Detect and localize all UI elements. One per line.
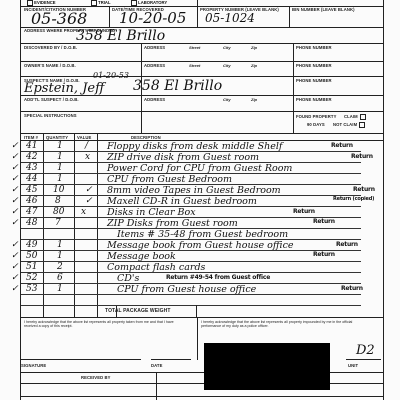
city-label: City	[223, 63, 231, 68]
item-quantity: 2	[57, 262, 63, 272]
divider	[197, 0, 198, 27]
item-number: 50	[26, 251, 37, 261]
bin-number-label: BIN NUMBER (Leave Blank)	[292, 7, 355, 12]
item-number: 51	[26, 262, 37, 272]
item-quantity: 6	[57, 273, 63, 283]
divider	[109, 6, 110, 27]
claim-checkbox[interactable]: CLAIM	[344, 114, 366, 120]
unit-line[interactable]	[346, 359, 381, 360]
item-number: 48	[26, 218, 37, 228]
item-number: 43	[26, 163, 37, 173]
address-impounded: 358 El Brillo	[76, 28, 165, 44]
divider	[293, 43, 294, 133]
item-description: Floppy disks from desk middle Shelf	[107, 141, 282, 152]
divider	[197, 317, 198, 360]
item-quantity: 1	[57, 240, 63, 250]
divider	[289, 6, 290, 27]
property-receipt-page: EVIDENCE TRIAL LABORATORY INCIDENT/CITAT…	[0, 0, 400, 400]
suspect-dob: 01-20-53	[93, 71, 129, 80]
item-note: Return	[313, 218, 335, 225]
divider	[74, 133, 75, 317]
suspect-address: 358 El Brillo	[133, 78, 222, 94]
address-label: ADDRESS	[144, 97, 165, 102]
item-note: Return	[336, 241, 358, 248]
item-description: Maxell CD-R in Guest bedroom	[107, 196, 257, 207]
item-description: Compact flash cards	[107, 262, 205, 273]
divider	[21, 133, 383, 134]
redaction-block	[204, 343, 330, 390]
item-value: /	[85, 141, 88, 151]
item-description: 8mm video Tapes in Guest Bedroom	[107, 185, 281, 196]
item-description: Disks in Clear Box	[107, 207, 196, 218]
addtl-suspect-label: ADD'TL SUSPECT / D.O.B.	[24, 97, 79, 102]
divider	[21, 396, 383, 397]
street-label: Street	[189, 45, 200, 50]
item-quantity: 1	[57, 152, 63, 162]
item-quantity: 1	[57, 284, 63, 294]
city-label: City	[223, 45, 231, 50]
item-quantity: 1	[57, 163, 63, 173]
item-number: 41	[26, 141, 37, 151]
item-number: 46	[26, 196, 37, 206]
item-value: x	[81, 207, 86, 217]
divider	[21, 317, 383, 318]
date-label: DATE	[151, 363, 163, 368]
item-note: Return	[313, 251, 335, 258]
item-number: 42	[26, 152, 37, 162]
address-label: ADDRESS	[144, 63, 165, 68]
street-label: Street	[189, 63, 200, 68]
zip-label: Zip	[251, 63, 257, 68]
phone-label: PHONE NUMBER	[296, 45, 332, 50]
phone-label: PHONE NUMBER	[296, 63, 332, 68]
item-note: Return	[353, 186, 375, 193]
zip-label: Zip	[251, 45, 257, 50]
divider	[21, 61, 383, 62]
phone-label: PHONE NUMBER	[296, 78, 332, 83]
item-quantity: 10	[53, 185, 64, 195]
item-value: ✓	[85, 185, 93, 195]
city-label: City	[223, 97, 231, 102]
item-number: 44	[26, 174, 37, 184]
item-note: Return #49-54 from Guest office	[166, 274, 270, 281]
item-number: 52	[26, 273, 37, 283]
divider	[43, 133, 44, 317]
item-description: Message book from Guest house office	[107, 240, 294, 251]
incident-number: 05-368	[31, 9, 87, 28]
received-by-label: RECEIVED BY	[81, 375, 111, 380]
owner-label: OWNER'S NAME / D.O.B.	[24, 63, 76, 68]
phone-label: PHONE NUMBER	[296, 97, 332, 102]
item-quantity: 80	[53, 207, 64, 217]
item-description: Items # 35-48 from Guest bedroom	[117, 229, 288, 240]
item-description: CPU from Guest Bedroom	[107, 174, 232, 185]
divider	[21, 111, 383, 112]
item-note: Return	[351, 153, 373, 160]
item-description: CPU from Guest house office	[117, 284, 256, 295]
divider	[21, 95, 383, 96]
item-note: Return	[341, 285, 363, 292]
signature-label: SIGNATURE	[21, 363, 46, 368]
item-number: 49	[26, 240, 37, 250]
item-quantity: 1	[57, 141, 63, 151]
item-note: Return	[293, 208, 315, 215]
acknowledgement-owner: I hereby acknowledge that the above list…	[24, 320, 184, 329]
item-description: CD's	[117, 273, 139, 284]
item-quantity: 7	[55, 218, 61, 228]
item-quantity: 1	[57, 174, 63, 184]
item-number: 45	[26, 185, 37, 195]
suspect-name: Epstein, Jeff	[24, 81, 104, 96]
divider	[21, 76, 383, 77]
divider	[21, 43, 383, 44]
item-description: Power Cord for CPU from Guest Room	[107, 163, 292, 174]
date-line[interactable]	[151, 359, 191, 360]
item-quantity: 8	[55, 196, 61, 206]
datetime-recovered: 10-20-05	[119, 9, 186, 27]
item-number: 53	[26, 284, 37, 294]
zip-label: Zip	[251, 97, 257, 102]
divider	[97, 133, 98, 317]
special-instructions-label: SPECIAL INSTRUCTIONS	[24, 113, 77, 118]
unit-label: UNIT	[348, 363, 358, 368]
not-claim-checkbox[interactable]: NOT CLAIM	[333, 122, 365, 128]
item-value: x	[85, 152, 90, 162]
item-note: Return (copied)	[333, 196, 374, 202]
property-form: EVIDENCE TRIAL LABORATORY INCIDENT/CITAT…	[20, 0, 384, 400]
item-value: ✓	[85, 196, 93, 206]
total-package-weight-label: TOTAL PACKAGE WEIGHT	[105, 308, 171, 314]
unit-value: D2	[356, 343, 375, 358]
item-number: 47	[26, 207, 37, 217]
property-number: 05-1024	[205, 11, 255, 25]
acknowledgement-officer: I hereby acknowledge that the above list…	[201, 320, 366, 329]
divider	[196, 305, 197, 317]
address-label: ADDRESS	[144, 45, 165, 50]
item-note: Return	[331, 142, 353, 149]
ninety-days-label: 90 DAYS	[307, 122, 325, 127]
item-description: Message book	[107, 251, 176, 262]
found-property-label: FOUND PROPERTY	[296, 114, 337, 119]
item-quantity: 1	[57, 251, 63, 261]
item-description: ZIP drive disk from Guest room	[107, 152, 259, 163]
discovered-by-label: DISCOVERED BY / D.O.B.	[24, 45, 77, 50]
signature-line[interactable]	[21, 359, 141, 360]
item-description: ZIP Disks from Guest room	[107, 218, 238, 229]
